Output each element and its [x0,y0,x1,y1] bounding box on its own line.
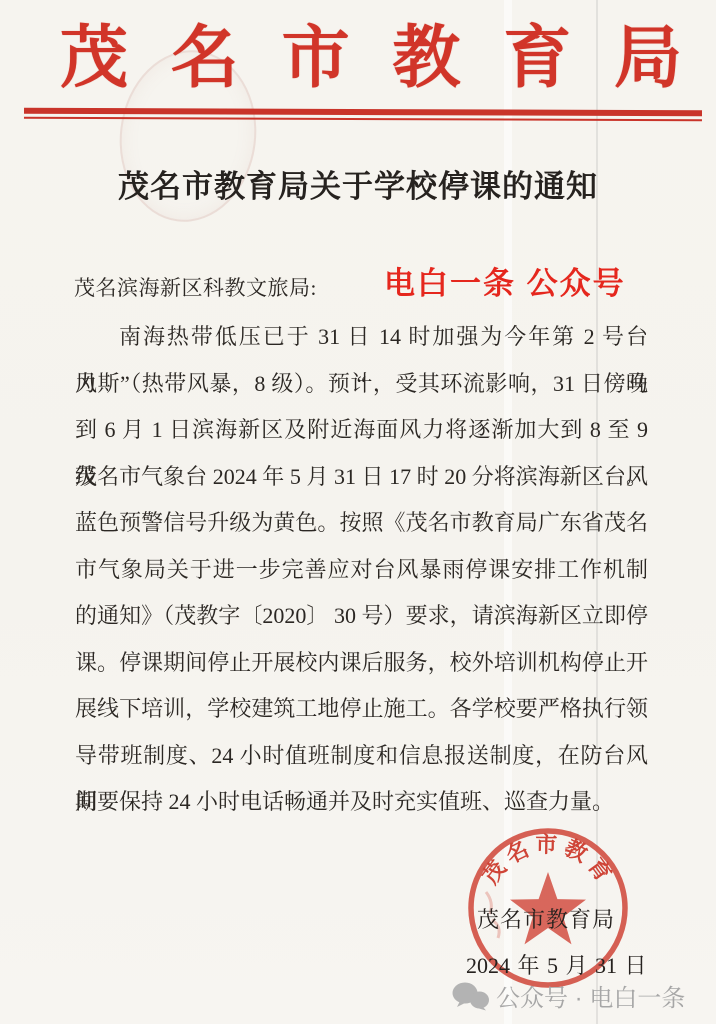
agency-header: 茂 名 市 教 育 局 [60,12,682,104]
bottom-watermark-text: 公众号 · 电白一条 [496,978,685,1013]
body-line: 展线下培训，学校建筑工地停止施工。各学校要严格执行领 [75,686,648,733]
agency-char: 局 [614,12,682,104]
document-title: 茂名市教育局关于学校停课的通知 [0,161,716,206]
addressee: 茂名滨海新区科教文旅局: [74,272,317,302]
body-line: 力斯”（热带风暴，8 级）。预计，受其环流影响，31 日傍晚 [75,361,648,408]
body-line: 的通知》（茂教字〔2020〕 30 号）要求，请滨海新区立即停 [75,593,648,640]
body-paragraph: 南海热带低压已于 31 日 14 时加强为今年第 2 号台风“马 力斯”（热带风… [75,314,648,826]
agency-char: 名 [171,12,239,104]
body-line: 南海热带低压已于 31 日 14 时加强为今年第 2 号台风“马 [75,314,648,361]
body-line: 间要保持 24 小时电话畅通并及时充实值班、巡查力量。 [75,779,648,826]
body-line: 蓝色预警信号升级为黄色。按照《茂名市教育局广东省茂名 [75,500,648,547]
body-line: 导带班制度、24 小时值班制度和信息报送制度，在防台风期 [75,733,648,780]
red-watermark-text: 电白一条 公众号 [384,258,626,303]
document-page: 茂 名 市 教 育 局 茂名市教育局关于学校停课的通知 电白一条 公众号 茂名滨… [0,0,716,1024]
signature-agency: 茂名市教育局 [477,903,615,934]
body-line: 茂名市气象台 2024 年 5 月 31 日 17 时 20 分将滨海新区台风 [75,454,648,501]
wechat-icon [452,981,490,1011]
bottom-watermark: 公众号 · 电白一条 [452,978,685,1013]
body-line: 课。停课期间停止开展校内课后服务，校外培训机构停止开 [75,640,648,687]
agency-char: 茂 [60,12,128,104]
agency-char: 市 [282,12,350,104]
signature-date: 2024 年 5 月 31 日 [466,949,647,980]
agency-char: 教 [392,12,460,104]
agency-char: 育 [503,12,571,104]
body-line: 到 6 月 1 日滨海新区及附近海面风力将逐渐加大到 8 至 9 级。 [75,407,648,454]
body-line: 市气象局关于进一步完善应对台风暴雨停课安排工作机制 [75,547,648,594]
